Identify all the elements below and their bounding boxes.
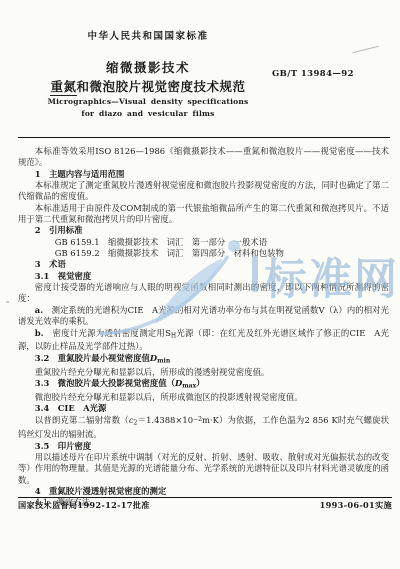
section-1-paragraph-2: 本标准适用于由原件及COM制成的第一代银盐缩微品所产生的第二代重氮和微泡拷贝片。…	[18, 203, 389, 226]
item-a-text: 测定系统的光谱积为CIE A光源的相对光谱功率分布与其在明视觉函数V（λ）内的相…	[18, 305, 389, 326]
heading-3-3-text: 3.3 微泡胶片最大投影视觉密度值（	[35, 378, 175, 388]
section-2-heading: 2 引用标准	[18, 225, 389, 236]
heading-3-3-close: ）	[196, 378, 204, 388]
section-4-heading: 4 重氮胶片漫透射视觉密度的测定	[18, 486, 389, 497]
document-footer: 国家技术监督局1992-12-17批准 1993-06-01实施	[18, 500, 392, 511]
planck-value: ＝1.4388×10	[137, 416, 193, 426]
english-title-line1: Micrographics—Visual density specificati…	[0, 97, 296, 106]
english-title-line2: for diazo and vesicular films	[0, 109, 296, 118]
section-3-1-heading: 3.1 视觉密度	[18, 271, 389, 282]
approval-date-text: 国家技术监督局1992-12-17批准	[18, 500, 150, 511]
document-header: 中华人民共和国国家标准 缩微摄影技术 重氮和微泡胶片视觉密度技术规范 GB/T …	[0, 0, 400, 139]
section-1-heading: 1 主题内容与适用范围	[18, 169, 389, 180]
section-3-3-heading: 3.3 微泡胶片最大投影视觉密度值（Dmax）	[18, 378, 389, 392]
heading-3-2-subscript: min	[157, 357, 170, 364]
item-b-label: b.	[35, 328, 44, 338]
heading-3-2-text: 3.2 重氮胶片最小视觉密度值	[35, 353, 150, 363]
implementation-date-text: 1993-06-01实施	[320, 500, 392, 511]
planck-text-pre: 以普朗克第二辐射常数（	[35, 416, 129, 426]
section-3-1-paragraph: 密度计接受器的光谱响应与人眼的明视觉函数相同时测出的密度，即以下两种情况所测得的…	[18, 282, 389, 305]
footer-divider-rule	[18, 497, 392, 498]
item-b-text-pre: 密度计光源为透射密度测定用S	[44, 328, 171, 338]
header-divider-rule	[18, 137, 390, 138]
section-3-1-item-b: b. 密度计光源为透射密度测定用SH光源（即：在红光及红外光谱区域作了修正的CI…	[18, 328, 389, 353]
section-3-3-paragraph: 微泡胶片经充分曝光和显影以后，所形成微泡区的投影透射视觉密度值。	[18, 392, 389, 403]
scan-scratch-artifact	[352, 46, 378, 54]
section-3-2-paragraph: 重氮胶片经充分曝光和显影以后，所形成的漫透射视觉密度值。	[18, 367, 389, 378]
intro-paragraph: 本标准等效采用ISO 8126—1986《缩微摄影技术——重氮和微泡胶片——视觉…	[18, 146, 389, 169]
item-a-label: a.	[35, 305, 43, 315]
section-3-1-item-a: a. 测定系统的光谱积为CIE A光源的相对光谱功率分布与其在明视觉函数V（λ）…	[18, 305, 389, 328]
section-3-2-heading: 3.2 重氮胶片最小视觉密度值Dmin	[18, 353, 389, 367]
standard-number: GB/T 13984—92	[272, 69, 354, 79]
document-title-line1: 缩微摄影技术	[0, 58, 296, 76]
section-1-paragraph-1: 本标准规定了测定重氮胶片漫透射视觉密度和微泡胶片投影视觉密度的方法，同时也确定了…	[18, 180, 389, 203]
national-standard-label: 中华人民共和国国家标准	[0, 28, 296, 42]
document-title-line2: 重氮和微泡胶片视觉密度技术规范	[0, 77, 296, 95]
document-body: 本标准等效采用ISO 8126—1986《缩微摄影技术——重氮和微泡胶片——视觉…	[0, 139, 400, 509]
section-3-4-paragraph: 以普朗克第二辐射常数（c2＝1.4388×10−2m·K）为依据，工作色温为2 …	[18, 414, 389, 440]
reference-gb6159-1: GB 6159.1 缩微摄影技术 词汇 第一部分 一般术语	[18, 237, 389, 248]
reference-gb6159-2: GB 6159.2 缩微摄影技术 词汇 第四部分 材料和包装物	[18, 248, 389, 259]
planck-exponent: −2	[193, 416, 202, 423]
section-3-5-heading: 3.5 印片密度	[18, 441, 389, 452]
standard-document-page: 中华人民共和国国家标准 缩微摄影技术 重氮和微泡胶片视觉密度技术规范 GB/T …	[0, 0, 400, 569]
section-3-5-paragraph: 用以描述母片在印片系统中调制（对光的反射、折射、透射、吸收、散射或对光偏振状态的…	[18, 452, 389, 486]
section-3-4-heading: 3.4 CIE A光源	[18, 403, 389, 414]
section-3-heading: 3 术语	[18, 259, 389, 270]
title-rest-part: 和微泡胶片视觉密度技术规范	[77, 79, 246, 94]
title-underlined-part: 重氮	[50, 79, 76, 96]
heading-3-3-subscript: max	[182, 382, 196, 389]
